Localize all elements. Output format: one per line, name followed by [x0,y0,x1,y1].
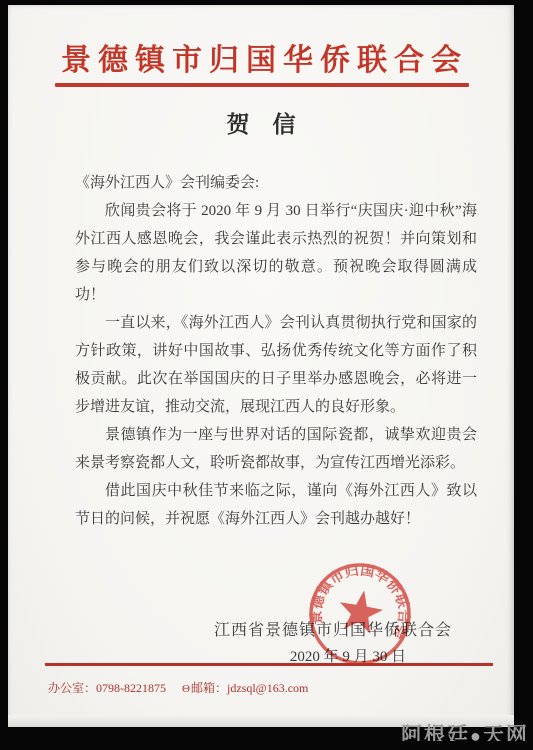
letterhead-org-name: 景德镇市归国华侨联合会 [8,35,514,79]
seal-star-icon [335,587,385,636]
watermark-logo-dot: ● [470,726,483,741]
paragraph-2: 一直以来，《海外江西人》会刊认真贯彻执行党和国家的方针政策，讲好中国故事、弘扬优… [75,309,477,421]
paragraph-3: 景德镇作为一座与世界对话的国际瓷都，诚挚欢迎贵会来景考察瓷都人文，聆听瓷都故事，… [75,421,477,477]
email-label: 邮箱： [191,681,227,695]
letter-title: 贺 信 [8,106,514,139]
email-address: jdzsql@163.com [227,681,308,695]
letter-body: 《海外江西人》会刊编委会: 欣闻贵会将于 2020 年 9 月 30 日举行“庆… [75,169,477,533]
site-watermark: 阿根廷●天网 [401,724,529,741]
office-phone-number: 0798-8221875 [96,681,166,695]
official-seal-stamp: 景德镇市归国华侨联合会 [285,539,436,690]
letter-page: 景德镇市归国华侨联合会 贺 信 《海外江西人》会刊编委会: 欣闻贵会将于 202… [8,5,514,727]
footer-rule [45,663,493,666]
contact-footer: 办公室：0798-8221875 Θ邮箱：jdzsql@163.com [48,679,308,696]
paragraph-1: 欣闻贵会将于 2020 年 9 月 30 日举行“庆国庆·迎中秋”海外江西人感恩… [75,197,477,309]
watermark-text-left: 阿根廷 [401,724,470,741]
watermark-text-right: 天网 [483,724,529,741]
email-icon: Θ [182,683,190,695]
office-phone: 办公室：0798-8221875 [48,679,166,696]
salutation: 《海外江西人》会刊编委会: [75,169,477,197]
email-contact: Θ邮箱：jdzsql@163.com [182,679,308,696]
office-label: 办公室： [48,681,96,695]
scanned-letter-image: 景德镇市归国华侨联合会 贺 信 《海外江西人》会刊编委会: 欣闻贵会将于 202… [0,0,533,750]
letterhead-rule [55,83,469,87]
paragraph-4: 借此国庆中秋佳节来临之际，谨向《海外江西人》致以节日的问候，并祝愿《海外江西人》… [75,477,477,533]
